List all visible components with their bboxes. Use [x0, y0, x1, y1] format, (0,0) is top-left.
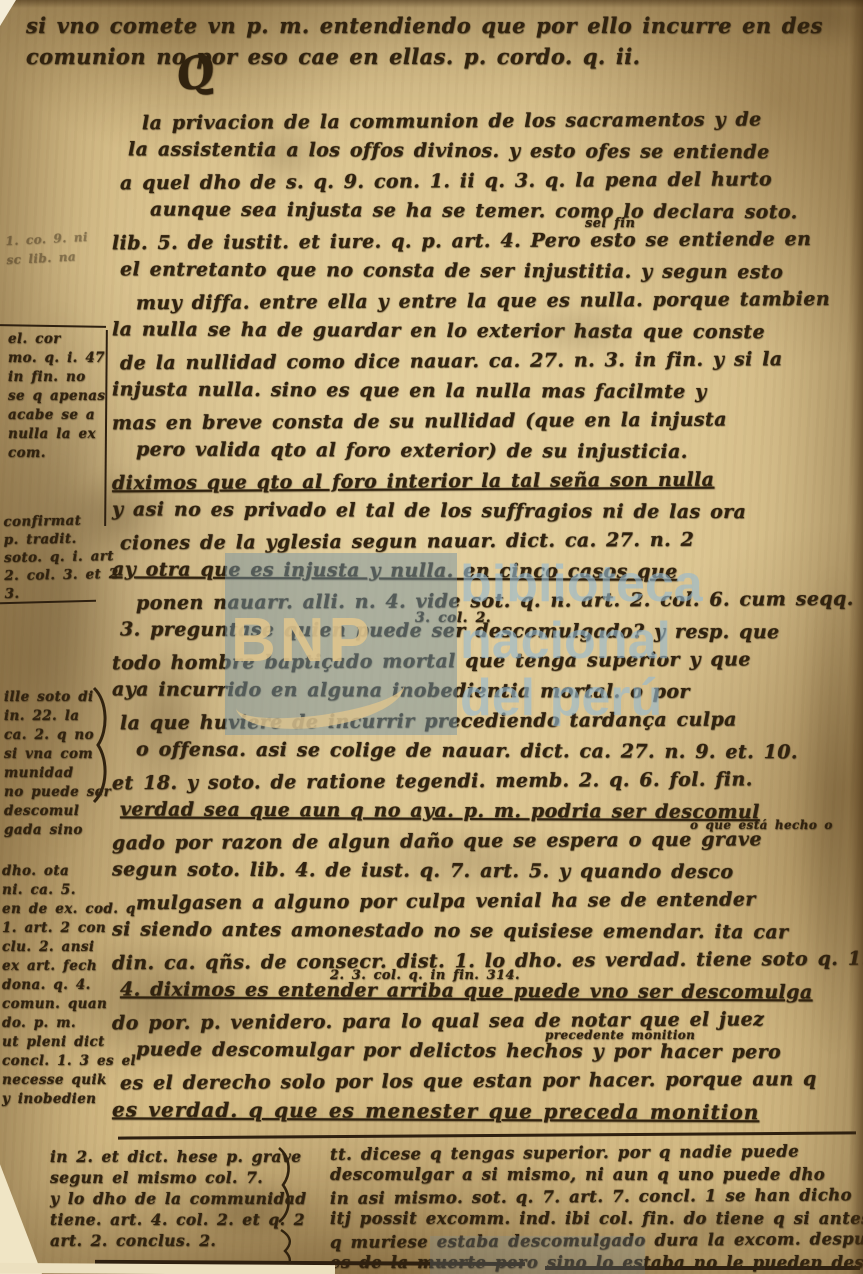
manuscript-line: clu. 2. ansi: [2, 938, 136, 957]
manuscript-line: acabe se a: [8, 406, 105, 425]
manuscript-line: nulla la ex: [8, 425, 105, 444]
bottom-right-note-block: tt. dicese q tengas superior. por q nadi…: [330, 1142, 863, 1274]
manuscript-line: diximos que qto al foro interior la tal …: [112, 464, 862, 499]
manuscript-line: aunque sea injusta se ha se temer. como …: [150, 194, 862, 227]
page-corner-tear: [0, 0, 16, 26]
interlinear-note: sel fin: [585, 216, 635, 231]
manuscript-line: segun soto. lib. 4. de iust. q. 7. art. …: [112, 854, 862, 887]
manuscript-line: se q apenas: [8, 387, 105, 406]
manuscript-line: pero valida qto al foro exterior) de su …: [136, 434, 862, 467]
manuscript-line: muy diffa. entre ella y entre la que es …: [136, 284, 862, 318]
manuscript-line: do por. p. venidero. para lo qual sea de…: [112, 1004, 862, 1039]
manuscript-line: lib. 5. de iustit. et iure. q. p. art. 4…: [112, 224, 862, 259]
page-edge-shadow: [849, 0, 863, 1274]
manuscript-line: descomulgar a si mismo, ni aun q uno pue…: [330, 1164, 863, 1186]
manuscript-line: concl. 1. 3 es el: [2, 1052, 136, 1071]
underlying-page-strip: [0, 1263, 335, 1274]
manuscript-line: aya incurrido en alguna inobedientia mor…: [112, 674, 862, 707]
manuscript-line: in asi mismo. sot. q. 7. art. 7. concl. …: [330, 1184, 863, 1210]
interlinear-note: 3. col. 2.: [415, 610, 491, 626]
manuscript-line: el. cor: [8, 330, 105, 349]
manuscript-line: dona. q. 4.: [2, 976, 136, 995]
margin-note-block: dho. otani. ca. 5.en de ex. cod. q1. art…: [2, 862, 136, 1109]
manuscript-line: p. tradit.: [4, 529, 119, 549]
manuscript-line: sc lib. na: [6, 247, 89, 270]
manuscript-line: tiene. art. 4. col. 2. et q. 2: [50, 1209, 310, 1230]
manuscript-line: y asi no es privado el tal de los suffra…: [112, 494, 862, 527]
manuscript-line: es verdad. q que es menester que preceda…: [112, 1094, 862, 1127]
manuscript-line: ponen nauarr. alli. n. 4. vide sot. q. n…: [136, 584, 862, 618]
manuscript-line: comunion no por eso cae en ellas. p. cor…: [26, 41, 860, 72]
manuscript-line: ex art. fech: [2, 957, 136, 976]
manuscript-line: confirmat: [3, 511, 118, 531]
manuscript-line: mo. q. i. 47: [8, 349, 105, 368]
manuscript-line: puede descomulgar por delictos hechos y …: [136, 1034, 862, 1067]
manuscript-line: comun. quan: [2, 995, 136, 1014]
interlinear-note: precedente monition: [545, 1028, 695, 1042]
manuscript-line: o offensa. asi se colige de nauar. dict.…: [136, 734, 862, 767]
manuscript-line: la que huviere de incurrir precediendo t…: [120, 704, 862, 739]
manuscript-line: in 2. et dict. hese p. grave: [50, 1146, 310, 1167]
manuscript-line: y lo dho de la communidad: [50, 1188, 310, 1209]
manuscript-line: art. 2. conclus. 2.: [50, 1230, 310, 1251]
manuscript-line: in fin. no: [8, 368, 105, 387]
manuscript-line: si vno comete vn p. m. entendiendo que p…: [26, 10, 860, 41]
manuscript-line: la privacion de la communion de los sacr…: [142, 104, 862, 138]
manuscript-line: a quel dho de s. q. 9. con. 1. ii q. 3. …: [120, 164, 862, 199]
torn-edge-line: [545, 1266, 860, 1270]
manuscript-line: injusta nulla. sino es que en la nulla m…: [112, 374, 862, 407]
underline-rule: [118, 1131, 856, 1139]
margin-brace-icon: [276, 1146, 298, 1224]
manuscript-line: 1. art. 2 con: [2, 919, 136, 938]
manuscript-line: gada sino: [4, 821, 111, 840]
manuscript-line: el entretanto que no consta de ser injus…: [120, 254, 862, 287]
margin-note-block: el. cormo. q. i. 47in fin. nose q apenas…: [8, 330, 105, 463]
manuscript-line: soto. q. i. art: [4, 547, 119, 567]
manuscript-line: segun el mismo col. 7.: [50, 1167, 310, 1188]
manuscript-line: ay otra que es injusta y nulla. en cinco…: [112, 554, 862, 587]
manuscript-line: si siendo antes amonestado no se quisies…: [112, 914, 862, 947]
manuscript-line: y inobedien: [2, 1090, 136, 1109]
header-text-block: si vno comete vn p. m. entendiendo que p…: [26, 10, 860, 72]
manuscript-line: et 18. y soto. de ratione tegendi. memb.…: [112, 764, 862, 799]
manuscript-line: ut pleni dict: [2, 1033, 136, 1052]
manuscript-line: en de ex. cod. q: [2, 900, 136, 919]
manuscript-line: descomul: [4, 802, 111, 821]
interlinear-note: o que está hecho o: [690, 818, 833, 832]
manuscript-page: si vno comete vn p. m. entendiendo que p…: [0, 0, 863, 1274]
manuscript-line: ciones de la yglesia segun nauar. dict. …: [120, 524, 862, 559]
page-edge-shadow: [0, 0, 863, 8]
margin-note-block: 1. co. 9. nisc lib. na: [5, 228, 89, 270]
margin-note-block: confirmatp. tradit.soto. q. i. art2. col…: [3, 511, 119, 603]
manuscript-line: itj possit excomm. ind. ibi col. fin. do…: [330, 1208, 863, 1230]
manuscript-line: la assistentia a los offos divinos. y es…: [128, 134, 862, 167]
underlying-page-corner: [0, 1152, 42, 1274]
manuscript-line: q muriese estaba descomulgado dura la ex…: [330, 1228, 863, 1254]
manuscript-line: com.: [8, 444, 105, 463]
manuscript-line: tt. dicese q tengas superior. por q nadi…: [330, 1140, 863, 1166]
interlinear-note: 2. 3. col. q. in fin. 314.: [330, 968, 520, 983]
bottom-left-note-block: in 2. et dict. hese p. gravesegun el mis…: [50, 1146, 310, 1251]
manuscript-line: todo hombre baptiçado mortal que tenga s…: [112, 644, 862, 679]
manuscript-line: necesse quik: [2, 1071, 136, 1090]
manuscript-line: dho. ota: [2, 862, 136, 881]
margin-brace-icon: [90, 686, 116, 804]
manuscript-line: 2. col. 3. et 2: [4, 565, 119, 585]
manuscript-line: mas en breve consta de su nullidad (que …: [112, 404, 862, 439]
manuscript-line: ni. ca. 5.: [2, 881, 136, 900]
manuscript-line: la nulla se ha de guardar en lo exterior…: [112, 314, 862, 347]
manuscript-line: de la nullidad como dice nauar. ca. 27. …: [120, 344, 862, 379]
manuscript-line: do. p. m.: [2, 1014, 136, 1033]
manuscript-line: mulgasen a alguno por culpa venial ha se…: [136, 884, 862, 918]
manuscript-line: es el derecho solo por los que estan por…: [120, 1064, 862, 1099]
